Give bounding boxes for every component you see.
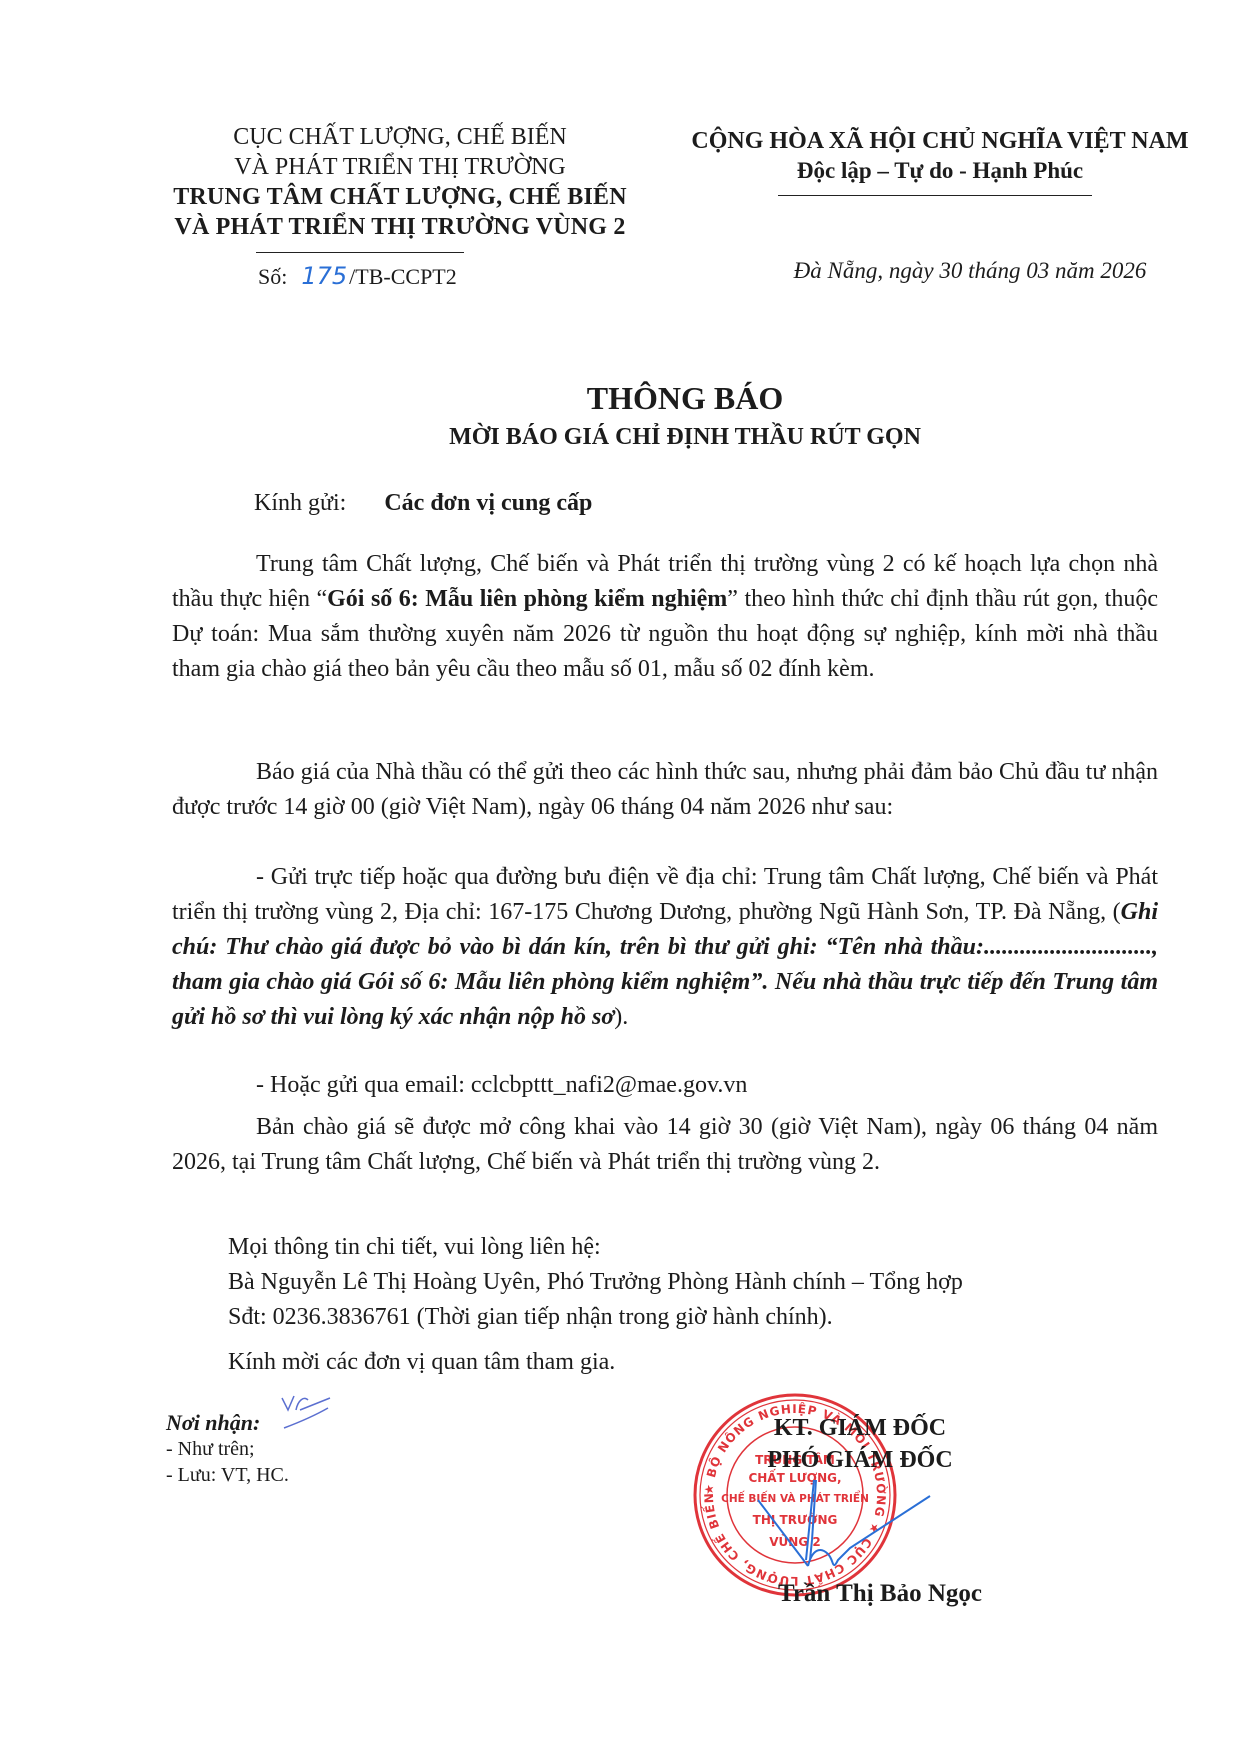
agency-underline [256, 252, 464, 253]
closing-line: Kính mời các đơn vị quan tâm tham gia. [228, 1345, 615, 1380]
paragraph-intro: Trung tâm Chất lượng, Chế biến và Phát t… [172, 547, 1158, 687]
number-suffix: /TB-CCPT2 [349, 264, 457, 289]
addressee: Kính gửi:Các đơn vị cung cấp [254, 490, 592, 517]
contact-person: Bà Nguyễn Lê Thị Hoàng Uyên, Phó Trưởng … [228, 1265, 963, 1300]
package-name: Gói số 6: Mẫu liên phòng kiểm nghiệm [327, 586, 727, 612]
initials-mark-icon [274, 1392, 334, 1432]
address-text: - Gửi trực tiếp hoặc qua đường bưu điện … [172, 864, 1158, 925]
issuing-agency-block: CỤC CHẤT LƯỢNG, CHẾ BIẾN VÀ PHÁT TRIỂN T… [140, 122, 660, 242]
national-header: CỘNG HÒA XÃ HỘI CHỦ NGHĨA VIỆT NAM Độc l… [640, 126, 1240, 186]
signature-title: KT. GIÁM ĐỐC PHÓ GIÁM ĐỐC [680, 1412, 1040, 1476]
org-line-1: TRUNG TÂM CHẤT LƯỢNG, CHẾ BIẾN [140, 182, 660, 212]
org-line-2: VÀ PHÁT TRIỂN THỊ TRƯỜNG VÙNG 2 [140, 212, 660, 242]
recipients-list: Nơi nhận: - Như trên; - Lưu: VT, HC. [166, 1410, 289, 1488]
paragraph-opening: Bản chào giá sẽ được mở công khai vào 14… [172, 1110, 1158, 1180]
recipient-item: - Như trên; [166, 1436, 289, 1462]
document-number: Số:175/TB-CCPT2 [258, 262, 457, 290]
paragraph-email[interactable]: - Hoặc gửi qua email: cclcbpttt_nafi2@ma… [172, 1068, 1158, 1103]
document-subtitle: MỜI BÁO GIÁ CHỈ ĐỊNH THẦU RÚT GỌN [0, 424, 1240, 451]
recipient-item: - Lưu: VT, HC. [166, 1462, 289, 1488]
ministry-line-2: VÀ PHÁT TRIỂN THỊ TRƯỜNG [140, 152, 660, 182]
paragraph-submission: Báo giá của Nhà thầu có thể gửi theo các… [172, 755, 1158, 825]
place-date: Đà Nẵng, ngày 30 tháng 03 năm 2026 [640, 258, 1240, 284]
paragraph-direct-submission: - Gửi trực tiếp hoặc qua đường bưu điện … [172, 860, 1158, 1035]
number-label: Số: [258, 264, 287, 289]
contact-intro: Mọi thông tin chi tiết, vui lòng liên hệ… [228, 1230, 963, 1265]
ministry-line-1: CỤC CHẤT LƯỢNG, CHẾ BIẾN [140, 122, 660, 152]
addressee-label: Kính gửi: [254, 490, 346, 516]
signer-name: Trần Thị Bảo Ngọc [680, 1580, 1040, 1608]
contact-phone: Sđt: 0236.3836761 (Thời gian tiếp nhận t… [228, 1300, 963, 1335]
contact-block: Mọi thông tin chi tiết, vui lòng liên hệ… [228, 1230, 963, 1335]
address-close: ). [614, 1004, 628, 1030]
motto-underline [778, 195, 1092, 196]
document-title: THÔNG BÁO [0, 380, 1240, 417]
signature-line-1: KT. GIÁM ĐỐC [680, 1412, 1040, 1444]
signature-line-2: PHÓ GIÁM ĐỐC [680, 1444, 1040, 1476]
handwritten-number: 175 [301, 262, 347, 290]
recipients-heading: Nơi nhận: [166, 1410, 289, 1436]
country-name: CỘNG HÒA XÃ HỘI CHỦ NGHĨA VIỆT NAM [640, 126, 1240, 156]
handwritten-signature-icon [750, 1480, 1020, 1580]
national-motto: Độc lập – Tự do - Hạnh Phúc [640, 156, 1240, 186]
addressee-value: Các đơn vị cung cấp [384, 490, 592, 516]
